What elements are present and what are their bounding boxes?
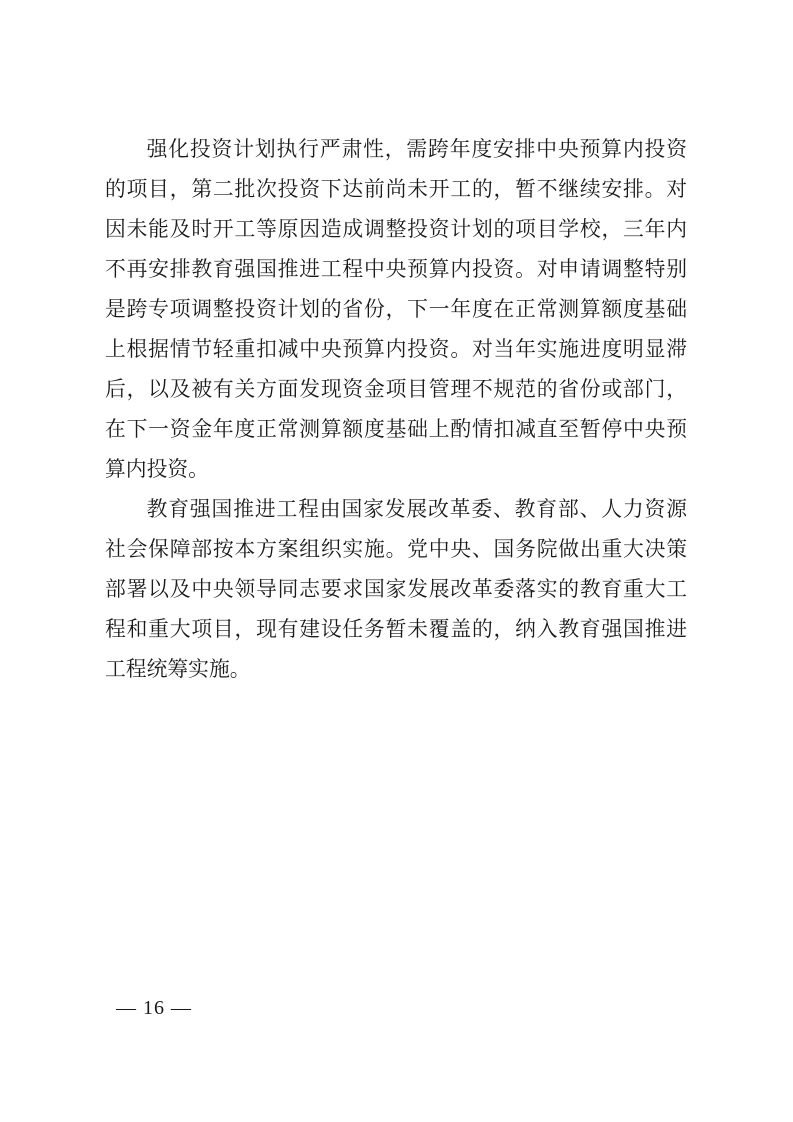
- document-page: 强化投资计划执行严肃性，需跨年度安排中央预算内投资的项目，第二批次投资下达前尚未…: [0, 0, 793, 1122]
- document-body: 强化投资计划执行严肃性，需跨年度安排中央预算内投资的项目，第二批次投资下达前尚未…: [105, 130, 687, 690]
- body-paragraph-2: 教育强国推进工程由国家发展改革委、教育部、人力资源社会保障部按本方案组织实施。党…: [105, 490, 687, 690]
- body-paragraph-1: 强化投资计划执行严肃性，需跨年度安排中央预算内投资的项目，第二批次投资下达前尚未…: [105, 130, 687, 490]
- page-number: — 16 —: [116, 996, 192, 1020]
